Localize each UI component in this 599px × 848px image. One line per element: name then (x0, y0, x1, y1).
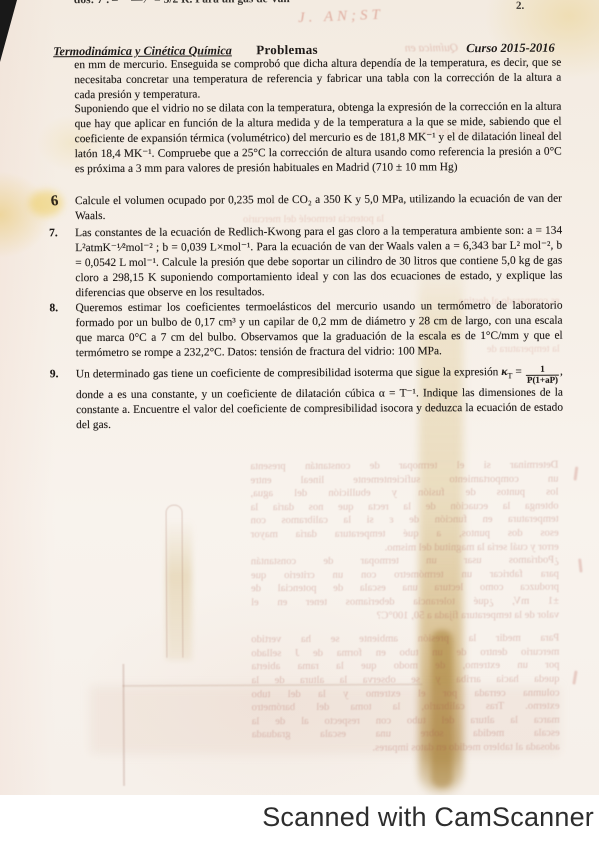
watermark-strip: Scanned with CamScanner (0, 795, 599, 848)
problem-7: 7. Las constantes de la ecuación de Redl… (75, 224, 562, 302)
bleedthrough-line: los puntos de fusión y ebullición del ag… (250, 486, 558, 501)
header-bleedthrough: Química en (318, 42, 458, 55)
scanned-page: dos: 7′. – · ·— ⁄ ·= 3/2 R. Para un gas … (0, 0, 599, 795)
bleedthrough-line: ¿Podríamos usar un termopar de constantá… (251, 554, 559, 569)
handwritten-note: J. AN;ST (298, 3, 479, 27)
problem-6-number: 6 (50, 194, 59, 210)
page-content: dos: 7′. – · ·— ⁄ ·= 3/2 R. Para un gas … (0, 0, 599, 795)
bleedthrough-fragment: al obtenido y continuado por las (261, 126, 556, 139)
bleedthrough-fragment: la potencia termoelé del mercurio (94, 214, 384, 227)
bleedthrough-line: valor de la temperatura fijada a 50, 100… (251, 608, 559, 623)
formula-comma: , (560, 366, 563, 378)
bleedthrough-fragment: es comparado al destino (419, 296, 559, 308)
problem-9-number: 9. (50, 367, 59, 382)
intro-paragraph-2: Suponiendo que el vidrio no se dilata co… (74, 100, 561, 178)
document-title: Problemas (256, 42, 318, 58)
course-year: Curso 2015-2016 (466, 41, 555, 56)
problem-7-text: Las constantes de la ecuación de Redlich… (75, 224, 562, 302)
bleedthrough-line: Determinar si el termopar de constantán … (250, 459, 558, 474)
equals-sign: = (512, 366, 525, 378)
bleedthrough-text-block: Determinar si el termopar de constantán … (250, 459, 560, 756)
bleedthrough-line: ±1 mV, ¿qué tolerancia deberíamos tener … (251, 595, 559, 610)
bleedthrough-line: esos dos puntos, a qué temperatura daría… (251, 527, 559, 542)
bleedthrough-fragment: la temperatura de (450, 344, 560, 356)
fraction-denominator: P(1+aP) (526, 376, 559, 386)
intro-paragraph-1: en mm de mercurio. Enseguida se comprobó… (74, 56, 561, 104)
bleedthrough-tube-outline (166, 505, 184, 658)
edge-mark (572, 670, 577, 684)
problem-9-after-formula: donde a es una constante, y un coeficien… (76, 387, 419, 401)
problem-7-number: 7. (49, 226, 58, 241)
problem-8-number: 8. (49, 301, 58, 316)
edge-mark (573, 466, 578, 480)
kappa-formula: κT = 1P(1+aP), (501, 366, 563, 378)
problem-9-text: Un determinado gas tiene un coeficiente … (76, 365, 563, 433)
edge-mark (578, 558, 583, 572)
bleedthrough-line: Para medir la presión ambiente se ha ver… (251, 632, 559, 647)
problem-9-lead: Un determinado gas tiene un coeficiente … (76, 366, 502, 380)
screenshot-root: dos: 7′. – · ·— ⁄ ·= 3/2 R. Para un gas … (0, 0, 599, 848)
bleedthrough-vertical-line (122, 664, 125, 786)
problem-9: 9. Un determinado gas tiene un coeficien… (76, 365, 563, 433)
page-number: 2. (516, 0, 524, 12)
bleedthrough-line: externo. Tras calibrarlo, la toma del ba… (252, 700, 560, 715)
bleedthrough-line: escala medida sobre una escala graduada (252, 727, 560, 742)
camscanner-watermark: Scanned with CamScanner (262, 802, 594, 833)
bleedthrough-line: adosada al tablero medido en datos impar… (252, 741, 560, 756)
fraction: 1P(1+aP) (526, 365, 559, 386)
